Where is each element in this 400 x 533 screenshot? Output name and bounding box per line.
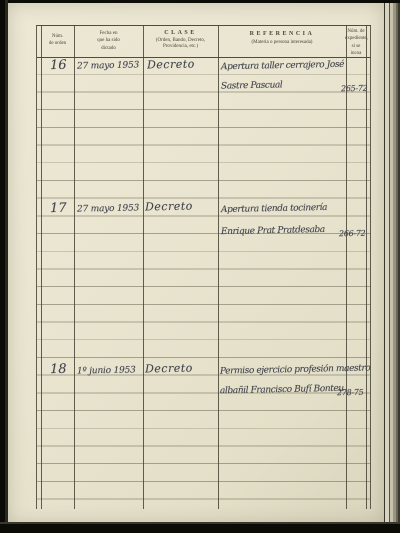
entry-16-expediente: 265-72 [341, 84, 368, 94]
entry-18-fecha: 1º junio 1953 [77, 365, 136, 376]
header-bottom-border [37, 57, 371, 58]
scan-border-top [0, 0, 400, 3]
header-fecha: Fecha en que ha sido dictado [74, 30, 143, 52]
entry-16-fecha: 27 mayo 1953 [77, 60, 139, 71]
header-referencia-subtitle: (Materia o persona interesada) [218, 40, 346, 46]
entry-17-num: 17 [50, 201, 67, 216]
book-page-edge [384, 0, 400, 524]
scanned-register-page: Núm. de orden Fecha en que ha sido dicta… [0, 0, 400, 533]
entry-17-expediente: 266-72 [339, 229, 366, 239]
entry-17-clase: Decreto [145, 200, 193, 214]
table-top-border [37, 25, 371, 26]
header-num-orden: Núm. de orden [41, 33, 74, 48]
table-left-inner-border [41, 25, 42, 509]
entry-18-num: 18 [50, 362, 67, 377]
ruled-lines [37, 57, 370, 502]
header-clase-title: CLASE [143, 30, 218, 37]
entry-16-clase: Decreto [147, 58, 195, 72]
header-num-expediente: Núm. de expediente, si se incoa [345, 28, 367, 57]
table-right-inner-border [366, 25, 367, 509]
column-divider-referencia-expediente [346, 25, 347, 509]
table-right-outer-border [370, 25, 371, 509]
entry-18-clase: Decreto [145, 362, 193, 376]
table-left-outer-border [36, 25, 37, 509]
entry-17-fecha: 27 mayo 1953 [77, 203, 139, 214]
column-divider-fecha-clase [143, 25, 144, 509]
column-divider-num-fecha [74, 25, 75, 509]
column-divider-clase-referencia [218, 25, 219, 509]
header-referencia-title: REFERENCIA [218, 31, 346, 38]
header-clase-subtitle: (Orden, Bando, Decreto, Providencia, etc… [143, 38, 218, 51]
entry-16-num: 16 [50, 58, 67, 73]
entry-16-referencia-line2: Sastre Pascual [221, 80, 283, 91]
scan-border-left [0, 0, 8, 533]
scan-border-bottom [0, 522, 400, 533]
entry-18-expediente: 278-75 [337, 388, 364, 398]
